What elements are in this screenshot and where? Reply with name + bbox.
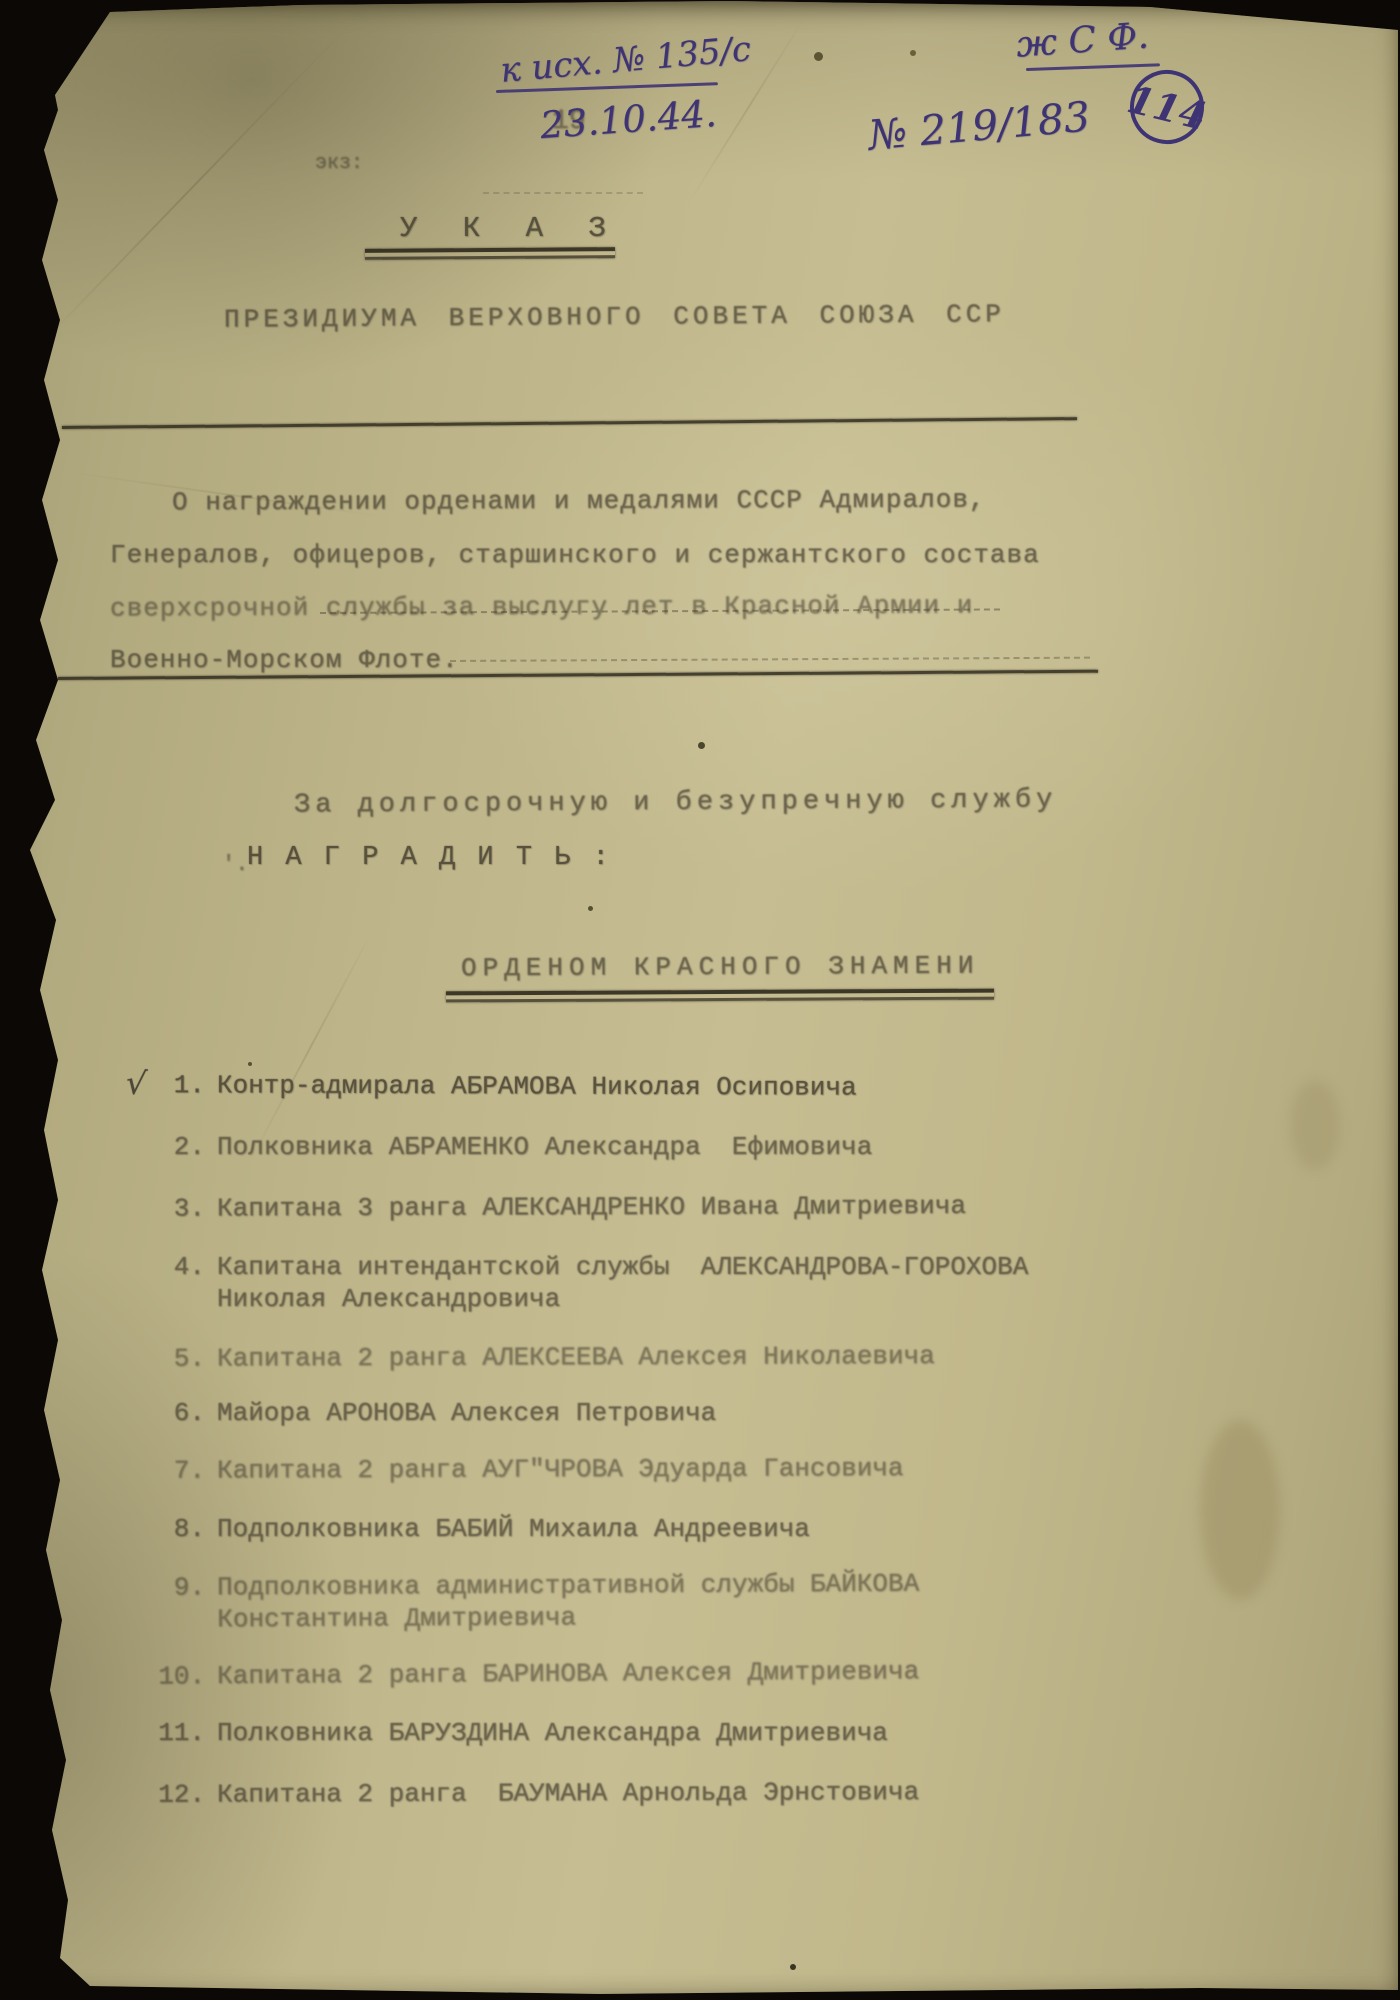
paper-crease (249, 931, 373, 1162)
list-item-number: 3. (138, 1194, 205, 1224)
paper-stain (1290, 1080, 1340, 1170)
list-item-number: 12. (138, 1780, 205, 1810)
handwritten-doc-number: № 219/183 (866, 92, 1092, 159)
subject-line-4: Военно-Морском Флоте. (110, 645, 459, 675)
award-verb: Н А Г Р А Д И Т Ь : (247, 843, 612, 873)
list-item-number: 7. (138, 1456, 205, 1486)
paper-speck (248, 1062, 252, 1066)
award-recipient-text: Капитана 2 ранга БАУМАНА Арнольда Эрнсто… (217, 1777, 919, 1809)
list-item-number: 2. (138, 1132, 205, 1162)
paper-speck (698, 742, 705, 749)
award-list-row: √ 1. Контр-адмирала АБРАМОВА Николая Оси… (0, 1070, 1340, 1075)
award-recipient-text: Подполковника БАБИЙ Михаила Андреевича (217, 1514, 810, 1544)
page-number: 114 (1123, 76, 1211, 139)
service-clause: За долгосрочную и безупречную службу (294, 785, 1057, 820)
subject-line-2: Генералов, офицеров, старшинского и серж… (110, 540, 1040, 570)
paper-speck (790, 1964, 796, 1970)
horizontal-rule (62, 417, 1077, 429)
paper-speck (910, 50, 916, 56)
list-item-number: 8. (138, 1514, 205, 1544)
award-recipient-text: Полковника БАРУЗДИНА Александра Дмитриев… (217, 1718, 888, 1748)
section-heading-underline (446, 989, 994, 1003)
scanned-document: к исх. № 135/с 19 23.10.44. экз: ж С Ф. … (0, 0, 1400, 2000)
handwriting-underline (1026, 63, 1160, 71)
list-item-number: 9. (138, 1572, 205, 1602)
award-list-row: 7. Капитана 2 ранга АУГ"ЧРОВА Эдуарда Га… (0, 1452, 1340, 1457)
award-recipient-text: Подполковника административной службы БА… (217, 1569, 919, 1603)
paper-crease (45, 25, 349, 340)
award-recipient-text: Контр-адмирала АБРАМОВА Николая Осипович… (217, 1070, 857, 1102)
page-number-circle: 114 (1122, 62, 1212, 152)
paper-speck (588, 906, 593, 911)
award-recipient-text: Капитана 3 ранга АЛЕКСАНДРЕНКО Ивана Дми… (217, 1191, 966, 1224)
handwritten-fleet-mark: ж С Ф. (1015, 15, 1150, 65)
handwritten-date: 23.10.44. (539, 92, 718, 147)
list-item-number: 11. (138, 1718, 205, 1748)
award-list-row: 10. Капитана 2 ранга БАРИНОВА Алексея Дм… (0, 1653, 1340, 1662)
title-underline (365, 247, 615, 260)
list-item-number: 1. (138, 1070, 205, 1100)
paper-speck (814, 52, 823, 61)
stray-mark: '. (222, 852, 248, 877)
faded-dash-line (483, 192, 643, 194)
award-recipient-text: Капитана 2 ранга АУГ"ЧРОВА Эдуарда Гансо… (217, 1453, 904, 1485)
section-heading: ОРДЕНОМ КРАСНОГО ЗНАМЕНИ (461, 951, 980, 984)
award-list-row: 9. Подполковника административной службы… (0, 1566, 1340, 1573)
award-recipient-text: Майора АРОНОВА Алексея Петровича (217, 1398, 716, 1428)
award-list-row: 5. Капитана 2 ранга АЛЕКСЕЕВА Алексея Ни… (0, 1340, 1340, 1345)
list-item-number: 10. (138, 1661, 205, 1691)
subject-line-1: О награждении орденами и медалями СССР А… (172, 485, 986, 518)
list-item-number: 5. (138, 1344, 205, 1374)
subject-line-3: сверхсрочной службы за выслугу лет в Кра… (110, 590, 973, 623)
list-item-number: 4. (138, 1252, 205, 1282)
award-recipient-text: Капитана интендантской службы АЛЕКСАНДРО… (217, 1252, 1028, 1282)
award-recipient-text-cont: Николая Александровича (217, 1284, 560, 1314)
faded-dash-line (450, 657, 1090, 662)
list-item-number: 6. (138, 1398, 205, 1428)
award-list-row: 12. Капитана 2 ранга БАУМАНА Арнольда Эр… (0, 1776, 1340, 1781)
paper-stain (1200, 1420, 1280, 1600)
decree-title: У К А З (400, 212, 620, 245)
award-recipient-text: Полковника АБРАМЕНКО Александра Ефимович… (217, 1132, 872, 1162)
award-list-row: 3. Капитана 3 ранга АЛЕКСАНДРЕНКО Ивана … (0, 1190, 1340, 1195)
award-recipient-text: Капитана 2 ранга БАРИНОВА Алексея Дмитри… (217, 1656, 919, 1691)
award-recipient-text: Капитана 2 ранга АЛЕКСЕЕВА Алексея Никол… (217, 1341, 935, 1374)
award-recipient-text-cont: Константина Дмитриевича (217, 1602, 576, 1634)
decree-subtitle: ПРЕЗИДИУМА ВЕРХОВНОГО СОВЕТА СОЮЗА ССР (224, 299, 1005, 334)
typed-ekz-mark: экз: (315, 152, 363, 175)
document-page: к исх. № 135/с 19 23.10.44. экз: ж С Ф. … (0, 0, 1400, 2000)
